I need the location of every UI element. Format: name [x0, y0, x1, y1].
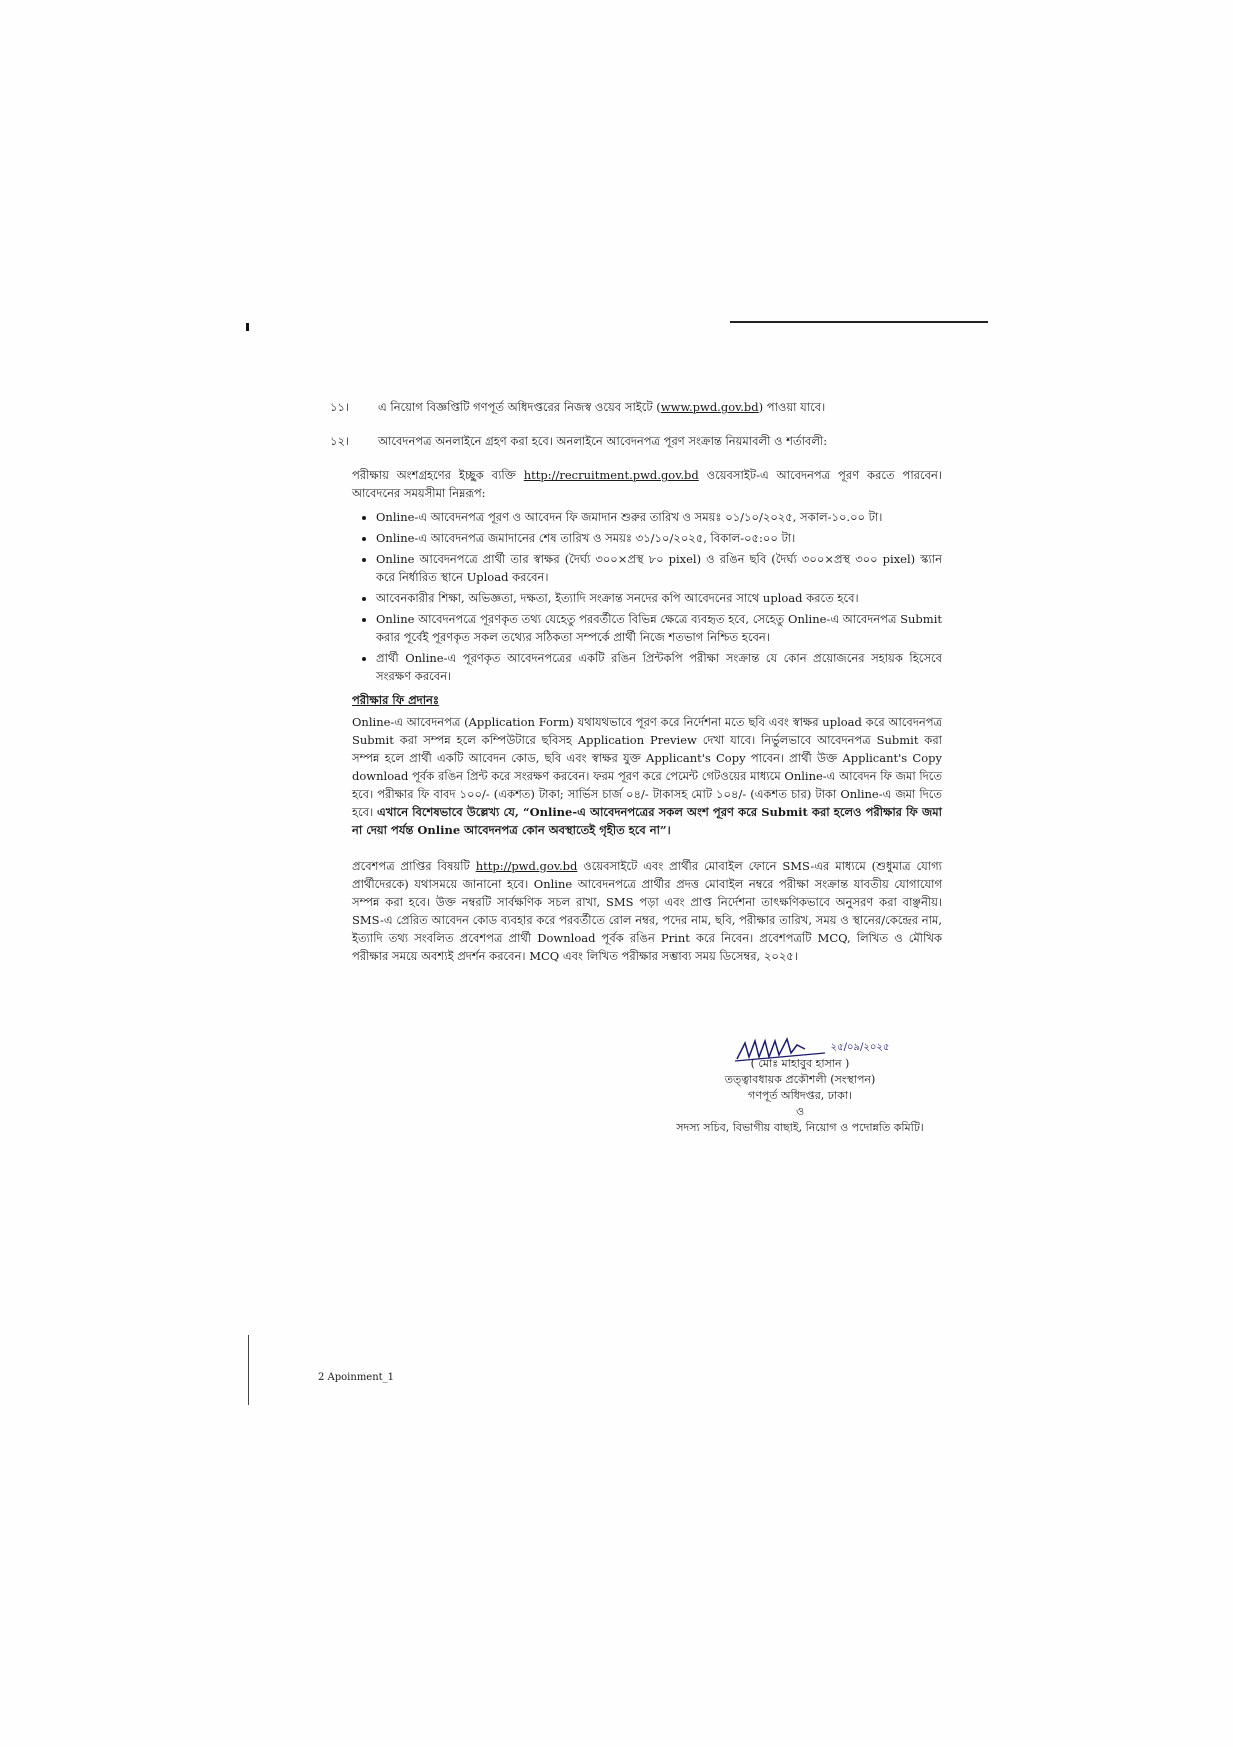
document-page: ১১। এ নিয়োগ বিজ্ঞপ্তিটি গণপূর্ত অধিদপ্ত… [0, 0, 1233, 1747]
list-item: Online-এ আবেদনপত্র জমাদানের শেষ তারিখ ও … [376, 529, 942, 547]
signatory-designation: তত্ত্বাবধায়ক প্রকৌশলী (সংস্থাপন) [640, 1072, 960, 1088]
signatory-role: সদস্য সচিব, বিভাগীয় বাছাই, নিয়োগ ও পদো… [640, 1120, 960, 1136]
clause-text-part: ) পাওয়া যাবে। [759, 400, 826, 414]
intro-paragraph: পরীক্ষায় অংশগ্রহণের ইচ্ছুক ব্যক্তি http… [352, 466, 942, 502]
list-item: প্রার্থী Online-এ পূরণকৃত আবেদনপত্রের এক… [376, 649, 942, 685]
instructions-list: Online-এ আবেদনপত্র পূরণ ও আবেদন ফি জমাদা… [352, 508, 942, 685]
recruitment-link[interactable]: http://recruitment.pwd.gov.bd [524, 468, 699, 482]
clause-number: ১২। [330, 432, 378, 450]
clause-text-part: এ নিয়োগ বিজ্ঞপ্তিটি গণপূর্ত অধিদপ্তরের … [378, 400, 661, 414]
list-item: Online আবেদনপত্রে প্রার্থী তার স্বাক্ষর … [376, 550, 942, 586]
list-item: আবেনকারীর শিক্ষা, অভিজ্ঞতা, দক্ষতা, ইত্য… [376, 589, 942, 607]
website-link[interactable]: www.pwd.gov.bd [661, 400, 759, 414]
header-rule [730, 321, 988, 323]
admit-text: ওয়েবসাইটে এবং প্রার্থীর মোবাইল ফোনে SMS… [352, 859, 942, 963]
signature-conjunction: ও [640, 1104, 960, 1120]
clause-11: ১১। এ নিয়োগ বিজ্ঞপ্তিটি গণপূর্ত অধিদপ্ত… [330, 398, 942, 416]
list-item: Online আবেদনপত্রে পূরণকৃত তথ্য যেহেতু পর… [376, 610, 942, 646]
signature-date: ২৫/০৯/২০২৫ [640, 1040, 960, 1056]
signatory-office: গণপূর্ত অধিদপ্তর, ঢাকা। [640, 1088, 960, 1104]
list-item: Online-এ আবেদনপত্র পূরণ ও আবেদন ফি জমাদা… [376, 508, 942, 526]
fee-heading: পরীক্ষার ফি প্রদানঃ [352, 691, 942, 709]
margin-line [248, 1335, 249, 1405]
file-code: 2 Apoinment_1 [318, 1372, 394, 1383]
clause-12-details: পরীক্ষায় অংশগ্রহণের ইচ্ছুক ব্যক্তি http… [352, 466, 942, 965]
scan-mark [246, 323, 249, 331]
fee-emphasis: এখানে বিশেষভাবে উল্লেখ্য যে, “Online-এ আ… [352, 805, 942, 837]
intro-text: পরীক্ষায় অংশগ্রহণের ইচ্ছুক ব্যক্তি [352, 468, 524, 482]
signature-block: ২৫/০৯/২০২৫ ( মোঃ মাহাবুব হাসান ) তত্ত্বা… [640, 1040, 960, 1136]
fee-paragraph: Online-এ আবেদনপত্র (Application Form) যথ… [352, 713, 942, 839]
clause-text: আবেদনপত্র অনলাইনে গ্রহণ করা হবে। অনলাইনে… [378, 432, 942, 450]
clause-text: এ নিয়োগ বিজ্ঞপ্তিটি গণপূর্ত অধিদপ্তরের … [378, 398, 942, 416]
clause-12: ১২। আবেদনপত্র অনলাইনে গ্রহণ করা হবে। অনল… [330, 432, 942, 450]
admit-text: প্রবেশপত্র প্রাপ্তির বিষয়টি [352, 859, 476, 873]
pwd-link[interactable]: http://pwd.gov.bd [476, 859, 578, 873]
fee-body: Online-এ আবেদনপত্র (Application Form) যথ… [352, 715, 942, 819]
signatory-name: ( মোঃ মাহাবুব হাসান ) [640, 1056, 960, 1072]
admit-card-paragraph: প্রবেশপত্র প্রাপ্তির বিষয়টি http://pwd.… [352, 857, 942, 965]
document-body: ১১। এ নিয়োগ বিজ্ঞপ্তিটি গণপূর্ত অধিদপ্ত… [330, 398, 942, 971]
clause-number: ১১। [330, 398, 378, 416]
